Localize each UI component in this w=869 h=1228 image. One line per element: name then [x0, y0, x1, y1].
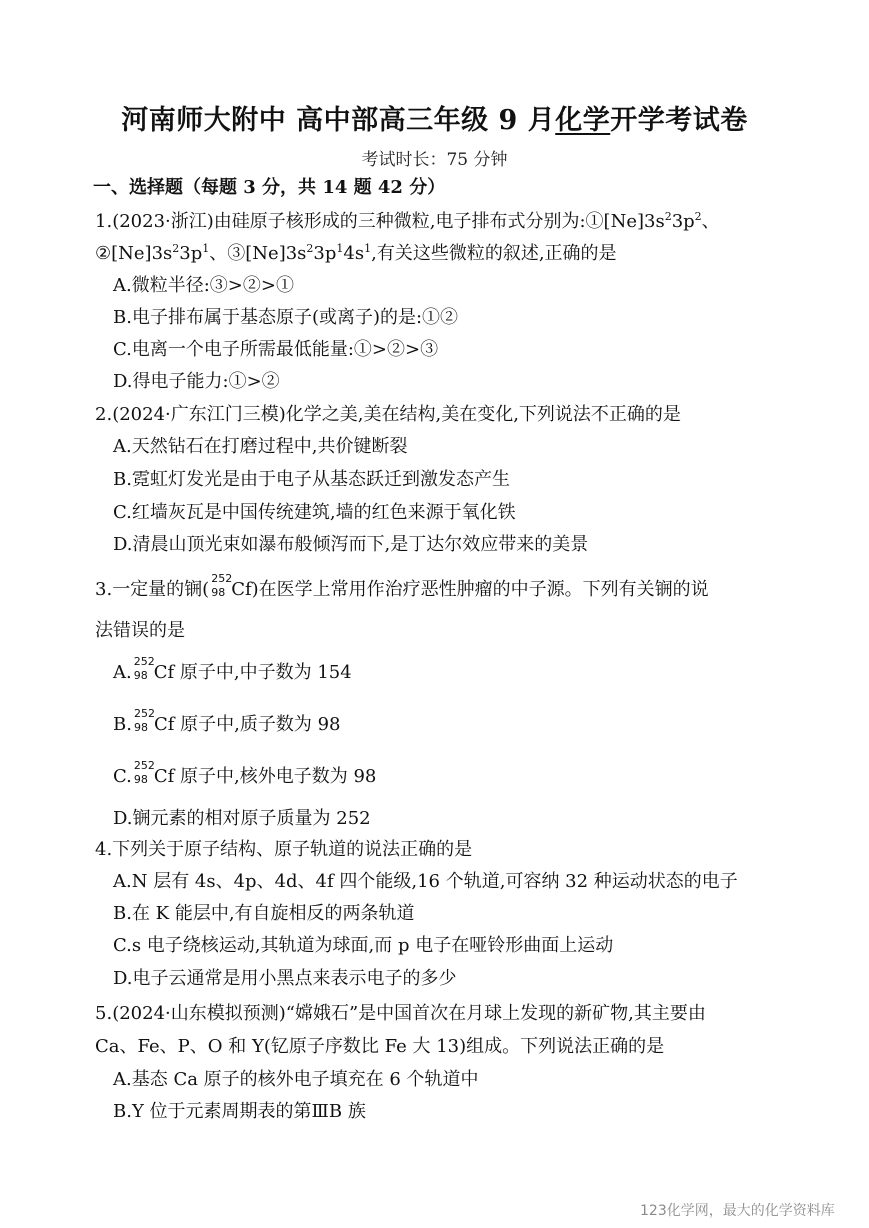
stem-text: 下列关于原子结构、原子轨道的说法正确的是 [112, 839, 472, 860]
question-1-stem-line2: ②[Ne]3s23p1、③[Ne]3s23p14s1,有关这些微粒的叙述,正确的… [95, 241, 617, 267]
element-symbol: Cf [154, 766, 174, 787]
option-label: D. [113, 808, 133, 829]
question-number: 4. [95, 839, 112, 860]
question-number: 1. [95, 211, 112, 232]
mass-number: 252 [211, 573, 232, 585]
stem-text: ,有关这些微粒的叙述,正确的是 [371, 243, 616, 264]
isotope-notation: 25298 [132, 713, 154, 733]
stem-text: 4s [343, 243, 364, 264]
element-symbol: Cf [154, 662, 174, 683]
option-label: A. [113, 662, 132, 683]
atomic-number: 98 [211, 587, 225, 599]
question-number: 2. [95, 404, 112, 425]
element-symbol: Cf [231, 579, 251, 600]
question-1-stem-line1: 1.(2023·浙江)由硅原子核形成的三种微粒,电子排布式分别为:①[Ne]3s… [95, 209, 720, 235]
question-4-stem: 4.下列关于原子结构、原子轨道的说法正确的是 [95, 837, 472, 863]
stem-text: 、③[Ne]3s [209, 243, 306, 264]
question-5-stem-line2: Ca、Fe、P、O 和 Y(钇原子序数比 Fe 大 13)组成。下列说法正确的是 [95, 1034, 664, 1060]
stem-text: 、 [702, 211, 720, 232]
mass-number: 252 [134, 708, 155, 720]
question-3-stem-line2: 法错误的是 [95, 618, 185, 644]
question-3-option-d: D.锎元素的相对原子质量为 252 [113, 806, 371, 832]
superscript: 2 [695, 210, 702, 223]
question-1-option-d: D.得电子能力:①>② [113, 369, 280, 395]
title-subject: 化学 [555, 105, 610, 136]
question-2-option-a: A.天然钻石在打磨过程中,共价键断裂 [113, 434, 407, 460]
question-1-option-a: A.微粒半径:③>②>① [113, 273, 294, 299]
question-4-option-d: D.电子云通常是用小黑点来表示电子的多少 [113, 966, 457, 992]
question-3-stem-line1: 3.一定量的锎(25298Cf)在医学上常用作治疗恶性肿瘤的中子源。下列有关锎的… [95, 577, 709, 603]
mass-number: 252 [134, 656, 155, 668]
stem-text: (2024·广东江门三模)化学之美,美在结构,美在变化,下列说法不正确的是 [112, 404, 681, 425]
option-text: 锎元素的相对原子质量为 252 [133, 808, 371, 829]
section-heading: 一、选择题（每题 3 分，共 14 题 42 分） [93, 175, 445, 201]
question-1-option-c: C.电离一个电子所需最低能量:①>②>③ [113, 337, 438, 363]
question-5-option-a: A.基态 Ca 原子的核外电子填充在 6 个轨道中 [113, 1067, 479, 1093]
question-4-option-a: A.N 层有 4s、4p、4d、4f 四个能级,16 个轨道,可容纳 32 种运… [113, 869, 738, 895]
atomic-number: 98 [134, 670, 148, 682]
title-part2: 开学考试卷 [610, 105, 748, 136]
question-2-option-b: B.霓虹灯发光是由于电子从基态跃迁到激发态产生 [113, 467, 510, 493]
stem-text: 3p [179, 243, 202, 264]
question-2-option-c: C.红墙灰瓦是中国传统建筑,墙的红色来源于氧化铁 [113, 500, 516, 526]
question-4-option-c: C.s 电子绕核运动,其轨道为球面,而 p 电子在哑铃形曲面上运动 [113, 933, 613, 959]
option-label: B. [113, 714, 132, 735]
question-5-option-b: B.Y 位于元素周期表的第ⅢB 族 [113, 1099, 366, 1125]
exam-title: 河南师大附中 高中部高三年级 9 月化学开学考试卷 [0, 103, 869, 139]
atomic-number: 98 [134, 774, 148, 786]
question-2-stem: 2.(2024·广东江门三模)化学之美,美在结构,美在变化,下列说法不正确的是 [95, 402, 681, 428]
option-label: C. [113, 766, 132, 787]
stem-text: ②[Ne]3s [95, 243, 172, 264]
question-3-option-b: B.25298Cf 原子中,质子数为 98 [113, 712, 340, 738]
question-5-stem-line1: 5.(2024·山东模拟预测)“嫦娥石”是中国首次在月球上发现的新矿物,其主要由 [95, 1001, 706, 1027]
mass-number: 252 [134, 760, 155, 772]
option-text: 原子中,质子数为 98 [180, 714, 340, 735]
question-1-option-b: B.电子排布属于基态原子(或离子)的是:①② [113, 305, 458, 331]
stem-text: 一定量的锎( [112, 579, 209, 600]
option-text: 原子中,核外电子数为 98 [180, 766, 376, 787]
question-number: 5. [95, 1003, 112, 1024]
question-3-option-a: A.25298Cf 原子中,中子数为 154 [113, 660, 352, 686]
question-3-option-c: C.25298Cf 原子中,核外电子数为 98 [113, 764, 376, 790]
exam-duration: 考试时长：75 分钟 [0, 148, 869, 172]
atomic-number: 98 [134, 722, 148, 734]
isotope-notation: 25298 [132, 661, 154, 681]
stem-text: )在医学上常用作治疗恶性肿瘤的中子源。下列有关锎的说 [252, 579, 709, 600]
question-4-option-b: B.在 K 能层中,有自旋相反的两条轨道 [113, 901, 415, 927]
stem-text: (2024·山东模拟预测)“嫦娥石”是中国首次在月球上发现的新矿物,其主要由 [112, 1003, 706, 1024]
element-symbol: Cf [154, 714, 174, 735]
stem-text: 3p [313, 243, 336, 264]
isotope-notation: 25298 [209, 578, 231, 598]
option-text: 原子中,中子数为 154 [180, 662, 352, 683]
question-2-option-d: D.清晨山顶光束如瀑布般倾泻而下,是丁达尔效应带来的美景 [113, 532, 588, 558]
superscript: 2 [665, 210, 672, 223]
question-number: 3. [95, 579, 112, 600]
footer-watermark: 123化学网，最大的化学资料库 [640, 1200, 835, 1220]
title-part1: 河南师大附中 高中部高三年级 9 月 [121, 105, 555, 136]
isotope-notation: 25298 [132, 765, 154, 785]
stem-text: 3p [672, 211, 695, 232]
stem-text: (2023·浙江)由硅原子核形成的三种微粒,电子排布式分别为:①[Ne]3s [112, 211, 665, 232]
